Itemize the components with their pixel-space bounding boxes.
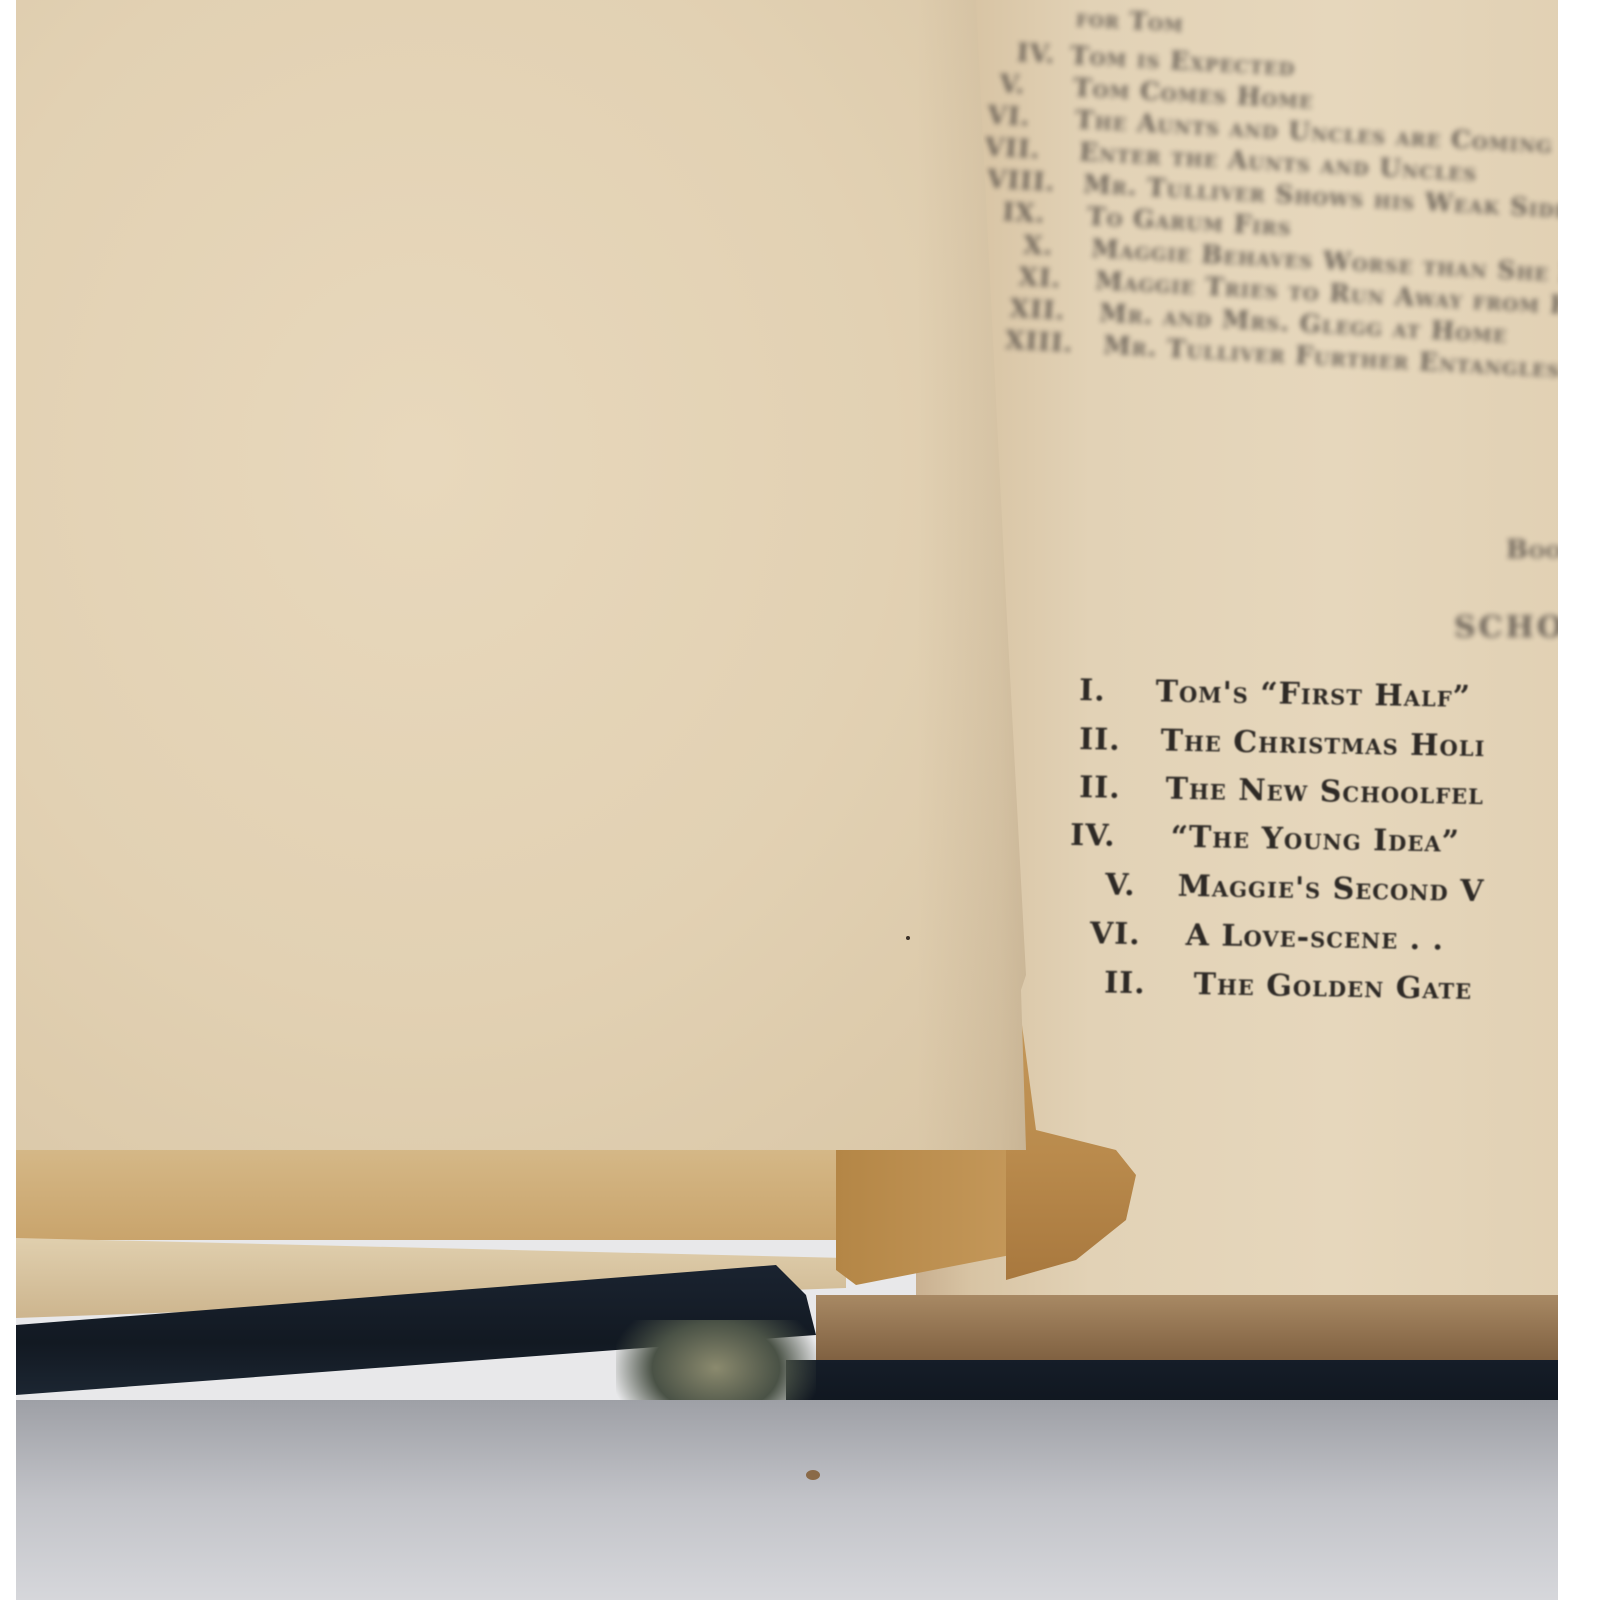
paper-speck bbox=[906, 936, 910, 940]
table-surface bbox=[16, 1400, 1558, 1600]
toc-row-partial: for Tom bbox=[1075, 3, 1184, 38]
book-heading: Book bbox=[1506, 535, 1558, 565]
page-edges-right bbox=[816, 1295, 1558, 1370]
blank-flyleaf-page bbox=[16, 0, 1026, 1150]
section-heading: School bbox=[1454, 610, 1558, 645]
book-photo: for Tom IV. Tom is Expected V. Tom Comes… bbox=[16, 0, 1558, 1600]
debris-fleck bbox=[806, 1470, 820, 1480]
toc-title: for Tom bbox=[1075, 3, 1184, 38]
